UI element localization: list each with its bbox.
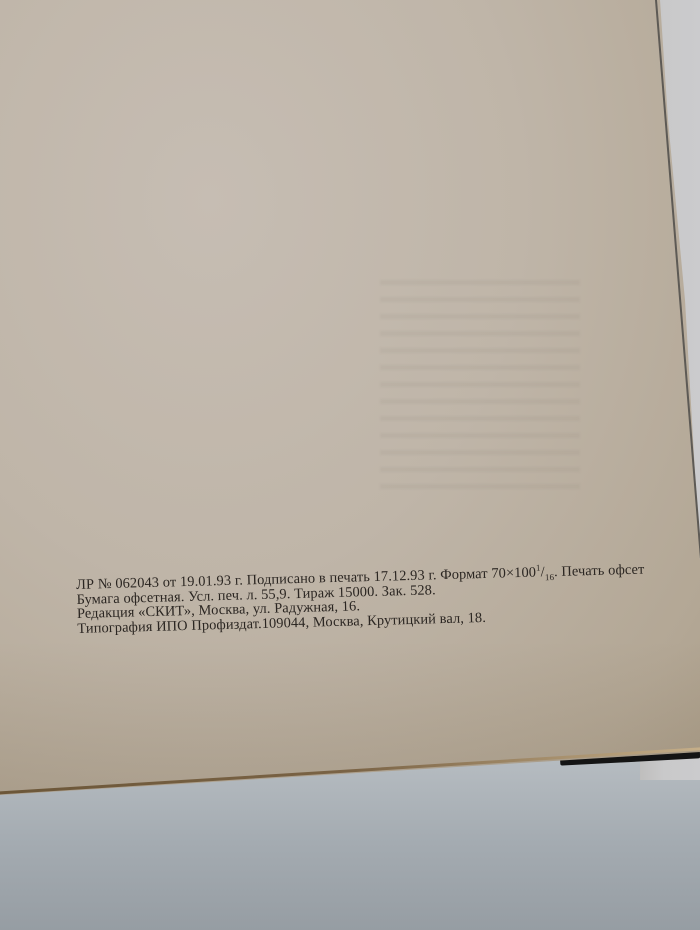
format-fraction-numerator: 1 <box>536 563 541 573</box>
imprint-print-method: . Печать офсет <box>554 562 645 580</box>
format-fraction-denominator: 16 <box>545 572 554 582</box>
show-through-text <box>380 280 580 500</box>
book-page <box>0 0 700 800</box>
